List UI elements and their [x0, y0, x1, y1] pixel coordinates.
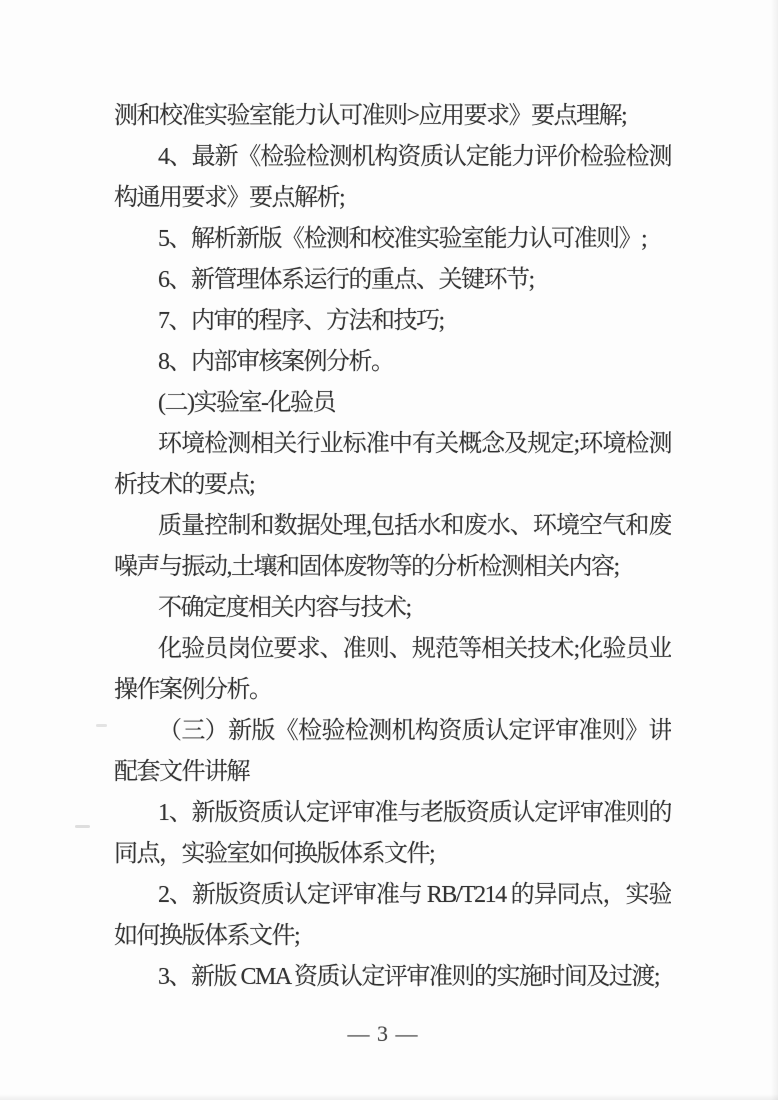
text-line: 质量控制和数据处理,包括水和废水、环境空气和废气、 [114, 506, 671, 547]
text-line: （三）新版《检验检测机构资质认定评审准则》讲解及 [114, 711, 671, 752]
text-line: 配套文件讲解 [114, 752, 671, 793]
text-line: 4、最新《检验检测机构资质认定能力评价检验检测机 [114, 137, 671, 178]
scan-edge-shadow-right [771, 0, 778, 1100]
text-line: 1、新版资质认定评审准与老版资质认定评审准则的异 [114, 793, 671, 834]
text-line: 3、新版 CMA 资质认定评审准则的实施时间及过渡; [114, 957, 671, 998]
text-line: 5、解析新版《检测和校准实验室能力认可准则》; [114, 219, 671, 260]
document-page: 测和校准实验室能力认可准则>应用要求》要点理解; 4、最新《检验检测机构资质认定… [0, 0, 778, 1100]
page-number: — 3 — [0, 1016, 778, 1052]
text-line: 7、内审的程序、方法和技巧; [114, 301, 671, 342]
text-line: 不确定度相关内容与技术; [114, 588, 671, 629]
text-line: 6、新管理体系运行的重点、关键环节; [114, 260, 671, 301]
text-line: 析技术的要点; [114, 465, 671, 506]
text-line: 如何换版体系文件; [114, 916, 671, 957]
text-line: 环境检测相关行业标准中有关概念及规定;环境检测分 [114, 424, 671, 465]
text-line: 8、内部审核案例分析。 [114, 342, 671, 383]
text-line: 噪声与振动,土壤和固体废物等的分析检测相关内容; [114, 547, 671, 588]
text-line: 测和校准实验室能力认可准则>应用要求》要点理解; [114, 96, 671, 137]
text-line: 操作案例分析。 [114, 670, 671, 711]
document-body: 测和校准实验室能力认可准则>应用要求》要点理解; 4、最新《检验检测机构资质认定… [114, 96, 671, 998]
text-line: 同点，实验室如何换版体系文件; [114, 834, 671, 875]
scan-edge-shadow-bottom [0, 1094, 778, 1100]
scan-artifact [75, 825, 90, 828]
text-line: (二)实验室-化验员 [114, 383, 671, 424]
text-line: 化验员岗位要求、准则、规范等相关技术;化验员业务 [114, 629, 671, 670]
text-line: 2、新版资质认定评审准与 RB/T214 的异同点，实验室 [114, 875, 671, 916]
text-line: 构通用要求》要点解析; [114, 178, 671, 219]
scan-artifact [96, 724, 107, 727]
